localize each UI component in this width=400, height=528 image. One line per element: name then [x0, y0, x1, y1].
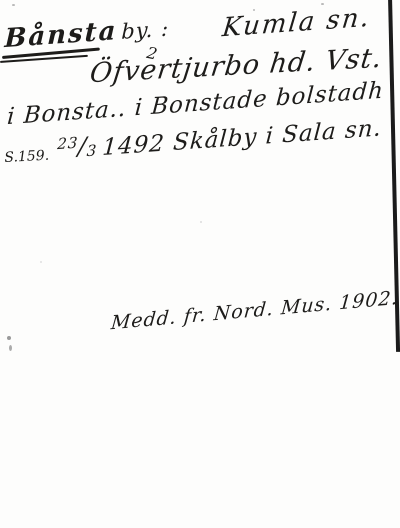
record-text: 1492 Skålby i Sala sn. — [102, 115, 383, 161]
scan-speck — [200, 221, 202, 223]
scan-speck — [40, 261, 42, 263]
scan-speck — [9, 345, 12, 351]
attribution-line: Medd. fr. Nord. Mus. 1902. — [110, 287, 399, 334]
scan-speck — [321, 3, 324, 5]
date-numerator: 23 — [57, 134, 79, 154]
date-denominator: 3 — [86, 141, 98, 160]
parish-name: Kumla sn. — [221, 3, 373, 44]
scan-speck — [253, 9, 255, 11]
page-reference: S.159. — [4, 148, 49, 166]
headword-qualifier: by. : — [121, 16, 170, 43]
scan-speck — [7, 336, 11, 340]
headword: Bånsta — [4, 16, 118, 54]
archive-card-scan: Bånstaby. : 2 Kumla sn. Öfvertjurbo hd. … — [0, 0, 400, 528]
scan-speck — [12, 4, 15, 6]
